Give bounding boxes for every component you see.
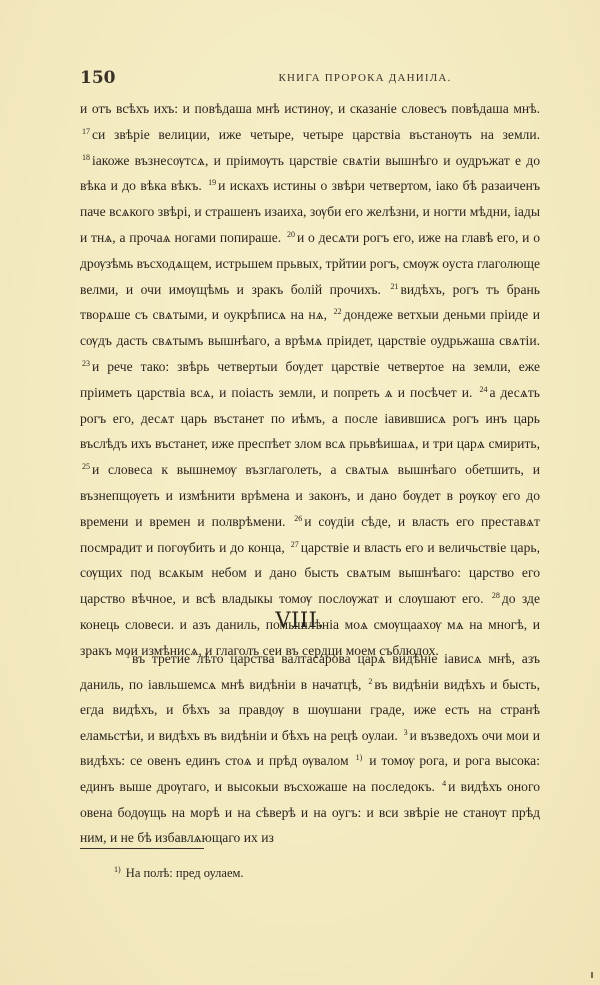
chapter-heading: VIII. [0,608,600,632]
verse-number: 20 [285,230,297,239]
verse-number: 21 [388,282,400,291]
footnote-divider [80,848,204,849]
paragraph: и отъ всѣхъ ихъ: и повѣдаша мнѣ истинѹ, … [80,96,540,664]
verse-number: 1 [124,651,132,660]
footnote-marker: 1) [112,865,123,874]
verse-number: 23 [80,359,92,368]
page-number: 150 [80,68,116,88]
verse-number: 24 [477,385,489,394]
verse-number: 17 [80,127,92,136]
footnote-reference[interactable]: 1) [354,753,365,762]
page-header: 150 КНИГА ПРОРОКА ДАНИІЛА. [80,68,540,90]
verse-number: 19 [206,178,218,187]
verse-text: и рече тако: звѣрь четвертыи бѹдет царст… [80,359,540,400]
verse-text: си звѣріе велиции, иже четыре, четыре ца… [92,127,540,142]
verse-number: 4 [440,779,448,788]
verse-number: 27 [289,540,301,549]
verse-number: 25 [80,462,92,471]
verse-number: 18 [80,153,92,162]
verse-number: 3 [402,728,410,737]
paragraph: 1въ третие лѣто царства валтасарова царѧ… [80,646,540,851]
chapter-8-text: 1въ третие лѣто царства валтасарова царѧ… [80,646,540,851]
footnote: 1) На полѣ: пред оулаем. [112,866,244,881]
scanned-book-page: 150 КНИГА ПРОРОКА ДАНИІЛА. и отъ всѣхъ и… [0,0,600,985]
running-title: КНИГА ПРОРОКА ДАНИІЛА. [190,72,540,84]
footnote-text: На полѣ: пред оулаем. [126,866,244,880]
chapter-7-continuation: и отъ всѣхъ ихъ: и повѣдаша мнѣ истинѹ, … [80,96,540,664]
verse-number: 22 [332,307,344,316]
verse-number: 26 [292,514,304,523]
verse-number: 28 [490,591,502,600]
text-segment: и отъ всѣхъ ихъ: и повѣдаша мнѣ истинѹ, … [80,101,540,116]
page-edge-mark [591,972,593,978]
